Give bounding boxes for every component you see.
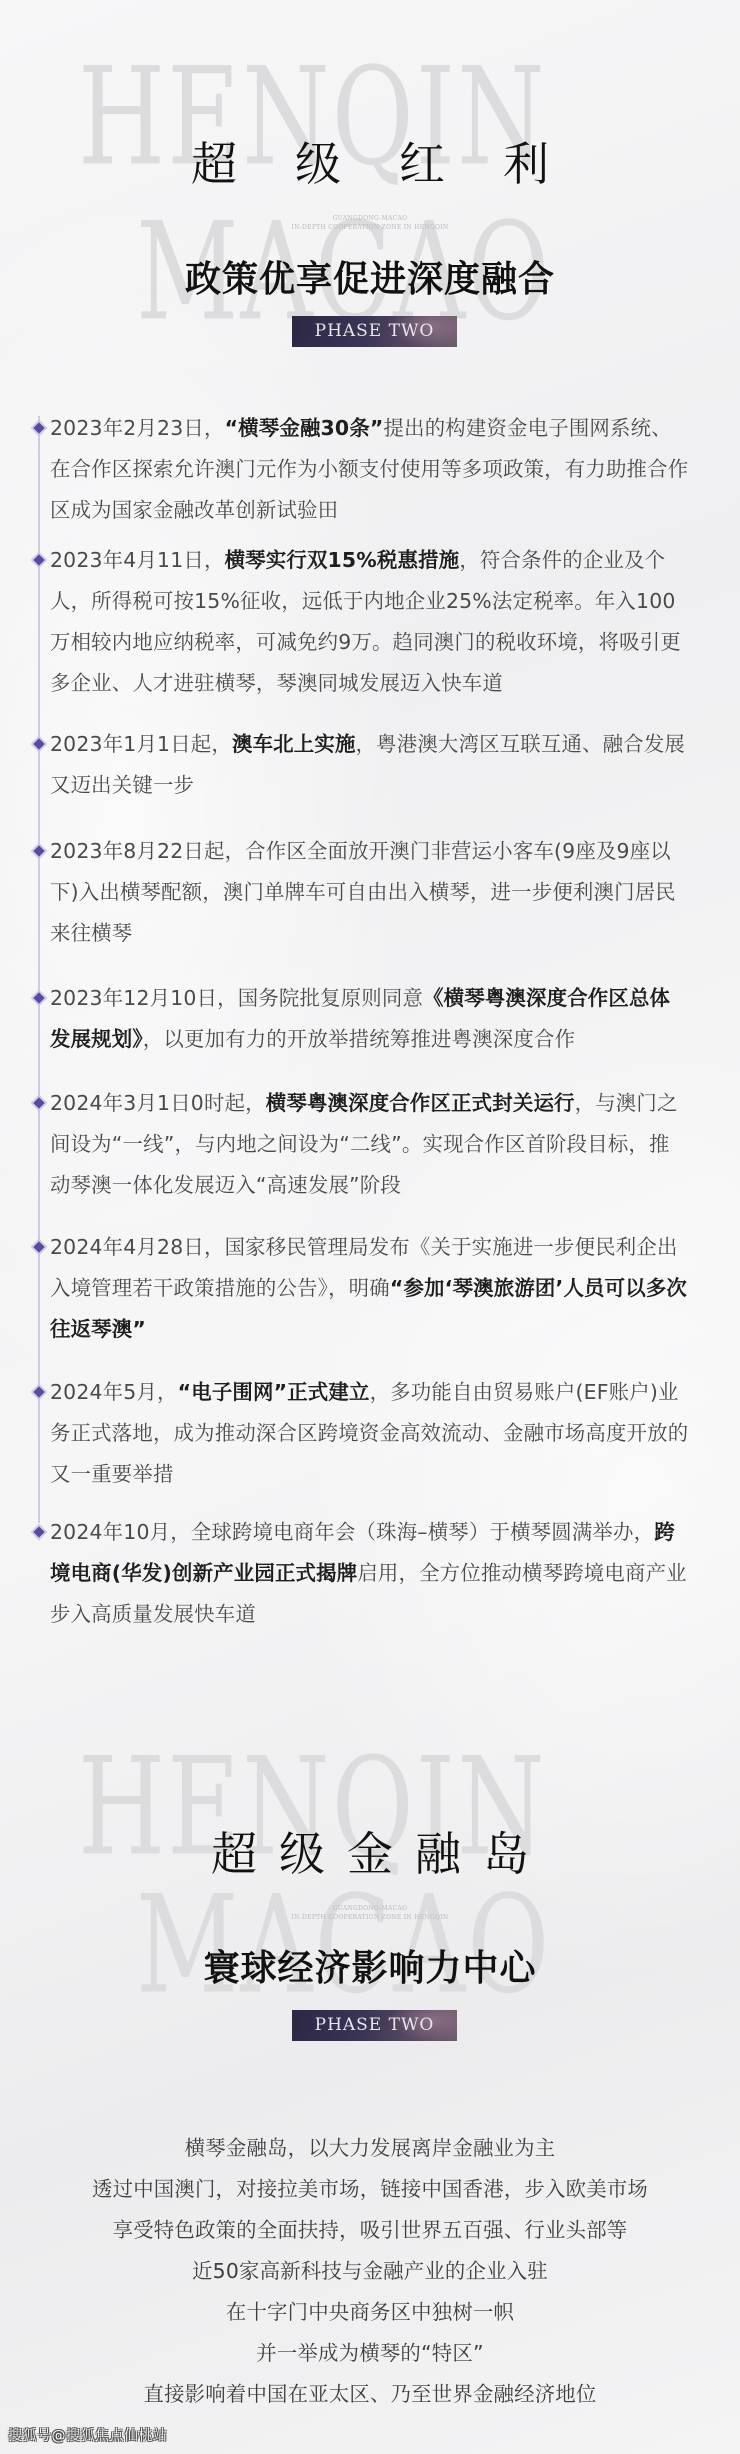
description-line: 直接影响着中国在亚太区、乃至世界金融经济地位 (0, 2374, 740, 2415)
phase-badge: PHASE TWO (292, 2010, 457, 2041)
section-subtitle: 政策优享促进深度融合 (0, 251, 740, 302)
highlight-text: “横琴金融30条” (225, 416, 384, 440)
body-text: 2023年12月10日，国务院批复原则同意 (50, 986, 423, 1010)
timeline-text: 2024年5月，“电子围网”正式建立，多功能自由贸易账户(EF账户)业务正式落地… (50, 1372, 690, 1495)
diamond-bullet-icon (33, 738, 45, 750)
description-line: 透过中国澳门，对接拉美市场，链接中国香港，步入欧美市场 (0, 2169, 740, 2210)
diamond-bullet-icon (33, 845, 45, 857)
highlight-text: 横琴粤澳深度合作区正式封关运行 (266, 1091, 575, 1115)
timeline-text: 2023年2月23日，“横琴金融30条”提出的构建资金电子围网系统、在合作区探索… (50, 408, 690, 531)
body-text: 2024年3月1日0时起， (50, 1091, 266, 1115)
timeline-text: 2023年12月10日，国务院批复原则同意《横琴粤澳深度合作区总体发展规划》，以… (50, 978, 690, 1060)
source-watermark: 搜狐号@搜狐焦点仙桃站 (8, 2425, 168, 2445)
timeline-line (38, 416, 40, 1523)
section-subtitle: 寰球经济影响力中心 (0, 1940, 740, 1991)
highlight-text: “电子围网”正式建立 (178, 1380, 370, 1404)
section-title: 超级红利 (0, 128, 740, 194)
body-text: 2023年1月1日起， (50, 732, 232, 756)
body-text: 2023年8月22日起，合作区全面放开澳门非营运小客车(9座及9座以下)入出横琴… (50, 839, 676, 945)
diamond-bullet-icon (33, 1097, 45, 1109)
body-text: 2024年5月， (50, 1380, 178, 1404)
diamond-bullet-icon (33, 554, 45, 566)
description-line: 近50家高新科技与金融产业的企业入驻 (0, 2251, 740, 2292)
diamond-bullet-icon (33, 422, 45, 434)
section-title: 超级金融岛 (0, 1818, 740, 1884)
english-caption-line1: GUANGDONG-MACAO (0, 214, 740, 223)
highlight-text: 横琴实行双15%税惠措施 (225, 548, 460, 572)
diamond-bullet-icon (33, 1386, 45, 1398)
english-caption-line1: GUANGDONG-MACAO (0, 1904, 740, 1913)
timeline-text: 2024年4月28日，国家移民管理局发布《关于实施进一步便民利企出入境管理若干政… (50, 1227, 690, 1350)
english-caption-line2: IN-DEPTH COOPERATION ZONE IN HENGQIN (0, 1913, 740, 1922)
diamond-bullet-icon (33, 992, 45, 1004)
diamond-bullet-icon (33, 1526, 45, 1538)
description-line: 并一举成为横琴的“特区” (0, 2333, 740, 2374)
body-text: 2023年2月23日， (50, 416, 225, 440)
english-caption: GUANGDONG-MACAO IN-DEPTH COOPERATION ZON… (0, 214, 740, 232)
timeline-text: 2024年10月，全球跨境电商年会（珠海–横琴）于横琴圆满举办，跨境电商(华发)… (50, 1512, 690, 1635)
timeline-text: 2024年3月1日0时起，横琴粤澳深度合作区正式封关运行，与澳门之间设为“一线”… (50, 1083, 690, 1206)
hero-section-super-dividend: HENQIN MACAO 超级红利 GUANGDONG-MACAO IN-DEP… (0, 0, 740, 340)
timeline-text: 2023年4月11日，横琴实行双15%税惠措施，符合条件的企业及个人，所得税可按… (50, 540, 690, 704)
diamond-bullet-icon (33, 1241, 45, 1253)
description-line: 享受特色政策的全面扶持，吸引世界五百强、行业头部等 (0, 2210, 740, 2251)
description-line: 横琴金融岛，以大力发展离岸金融业为主 (0, 2128, 740, 2169)
body-text: ，以更加有力的开放举措统筹推进粤澳深度合作 (143, 1027, 575, 1051)
body-text: 2024年10月，全球跨境电商年会（珠海–横琴）于横琴圆满举办， (50, 1520, 654, 1544)
body-text: 2023年4月11日， (50, 548, 225, 572)
timeline-text: 2023年1月1日起，澳车北上实施，粤港澳大湾区互联互通、融合发展又迈出关键一步 (50, 724, 690, 806)
financial-island-description: 横琴金融岛，以大力发展离岸金融业为主 透过中国澳门，对接拉美市场，链接中国香港，… (0, 2128, 740, 2415)
highlight-text: 澳车北上实施 (232, 732, 356, 756)
description-line: 在十字门中央商务区中独树一帜 (0, 2292, 740, 2333)
phase-badge: PHASE TWO (292, 316, 457, 347)
hero-section-super-financial-island: HENQIN MACAO 超级金融岛 GUANGDONG-MACAO IN-DE… (0, 1718, 740, 2058)
timeline-text: 2023年8月22日起，合作区全面放开澳门非营运小客车(9座及9座以下)入出横琴… (50, 831, 690, 954)
english-caption-line2: IN-DEPTH COOPERATION ZONE IN HENGQIN (0, 223, 740, 232)
english-caption: GUANGDONG-MACAO IN-DEPTH COOPERATION ZON… (0, 1904, 740, 1922)
